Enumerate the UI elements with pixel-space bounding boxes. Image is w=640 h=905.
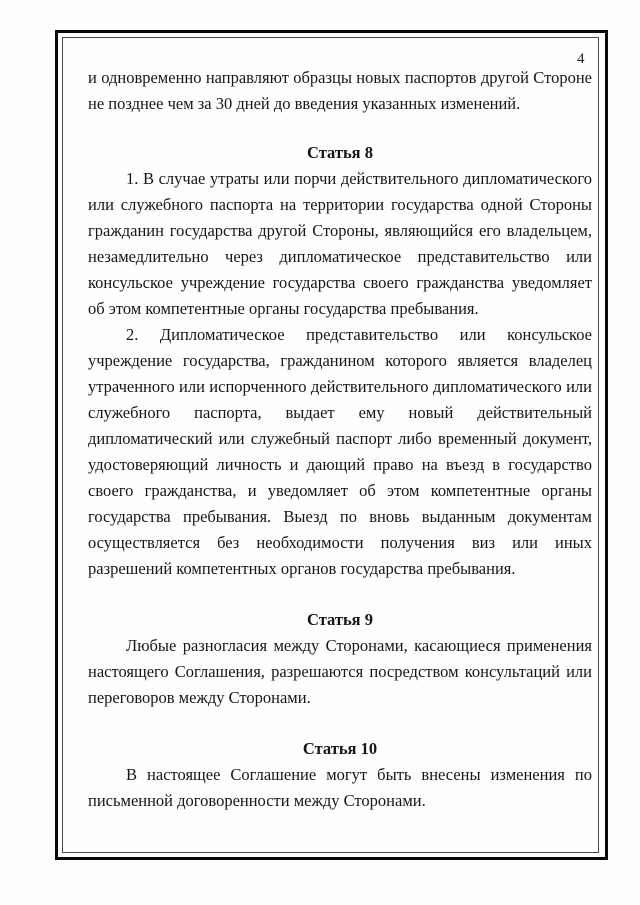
article-paragraph: 1. В случае утраты или порчи действитель… <box>88 166 592 322</box>
document-text-block: и одновременно направляют образцы новых … <box>88 65 592 814</box>
continuation-paragraph: и одновременно направляют образцы новых … <box>88 65 592 117</box>
articles-container: Статья 81. В случае утраты или порчи дей… <box>88 140 592 814</box>
article-paragraph: 2. Дипломатическое представительство или… <box>88 322 592 582</box>
article-paragraph: Любые разногласия между Сторонами, касаю… <box>88 633 592 711</box>
scanned-document-page: 4 и одновременно направляют образцы новы… <box>0 0 640 905</box>
article-paragraph: В настоящее Соглашение могут быть внесен… <box>88 762 592 814</box>
article-heading: Статья 8 <box>88 140 592 166</box>
article-heading: Статья 9 <box>88 607 592 633</box>
article-heading: Статья 10 <box>88 736 592 762</box>
